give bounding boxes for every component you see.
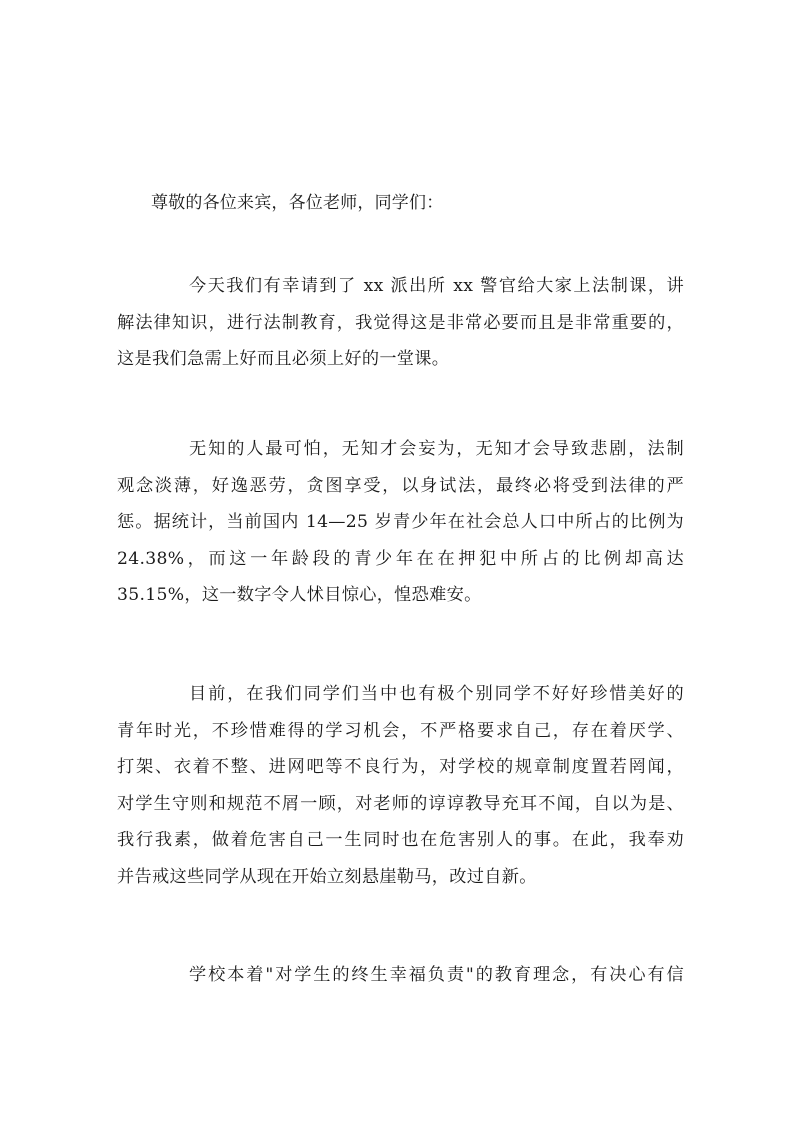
paragraph-line: 今天我们有幸请到了 xx 派出所 xx 警官给大家上法制课，讲 bbox=[117, 268, 684, 305]
paragraph-line: 这是我们急需上好而且必须上好的一堂课。 bbox=[117, 341, 684, 378]
paragraph-line: 24.38%，而这一年龄段的青少年在在押犯中所占的比例却高达 bbox=[117, 541, 684, 578]
paragraph-line: 学校本着"对学生的终生幸福负责"的教育理念，有决心有信 bbox=[117, 957, 684, 994]
paragraph-line: 观念淡薄，好逸恶劳，贪图享受，以身试法，最终必将受到法律的严 bbox=[117, 468, 684, 505]
paragraph-line: 35.15%，这一数字令人怵目惊心，惶恐难安。 bbox=[117, 577, 684, 614]
paragraph-2: 无知的人最可怕，无知才会妄为，无知才会导致悲剧，法制 观念淡薄，好逸恶劳，贪图享… bbox=[117, 431, 684, 614]
paragraph-line: 我行我素，做着危害自己一生同时也在危害别人的事。在此，我奉劝 bbox=[117, 822, 684, 859]
paragraph-line: 目前，在我们同学们当中也有极个别同学不好好珍惜美好的 bbox=[117, 676, 684, 713]
paragraph-line: 无知的人最可怕，无知才会妄为，无知才会导致悲剧，法制 bbox=[117, 431, 684, 468]
paragraph-1: 今天我们有幸请到了 xx 派出所 xx 警官给大家上法制课，讲 解法律知识，进行… bbox=[117, 268, 684, 378]
salutation: 尊敬的各位来宾，各位老师，同学们： bbox=[151, 188, 443, 218]
paragraph-line: 对学生守则和规范不屑一顾，对老师的谆谆教导充耳不闻，自以为是、 bbox=[117, 786, 684, 823]
paragraph-line: 并告戒这些同学从现在开始立刻悬崖勒马，改过自新。 bbox=[117, 859, 684, 896]
paragraph-line: 打架、衣着不整、进网吧等不良行为，对学校的规章制度置若罔闻， bbox=[117, 749, 684, 786]
paragraph-line: 青年时光，不珍惜难得的学习机会，不严格要求自己，存在着厌学、 bbox=[117, 713, 684, 750]
paragraph-line: 解法律知识，进行法制教育，我觉得这是非常必要而且是非常重要的， bbox=[117, 305, 684, 342]
paragraph-4: 学校本着"对学生的终生幸福负责"的教育理念，有决心有信 bbox=[117, 957, 684, 994]
paragraph-line: 惩。据统计，当前国内 14—25 岁青少年在社会总人口中所占的比例为 bbox=[117, 504, 684, 541]
paragraph-3: 目前，在我们同学们当中也有极个别同学不好好珍惜美好的 青年时光，不珍惜难得的学习… bbox=[117, 676, 684, 895]
